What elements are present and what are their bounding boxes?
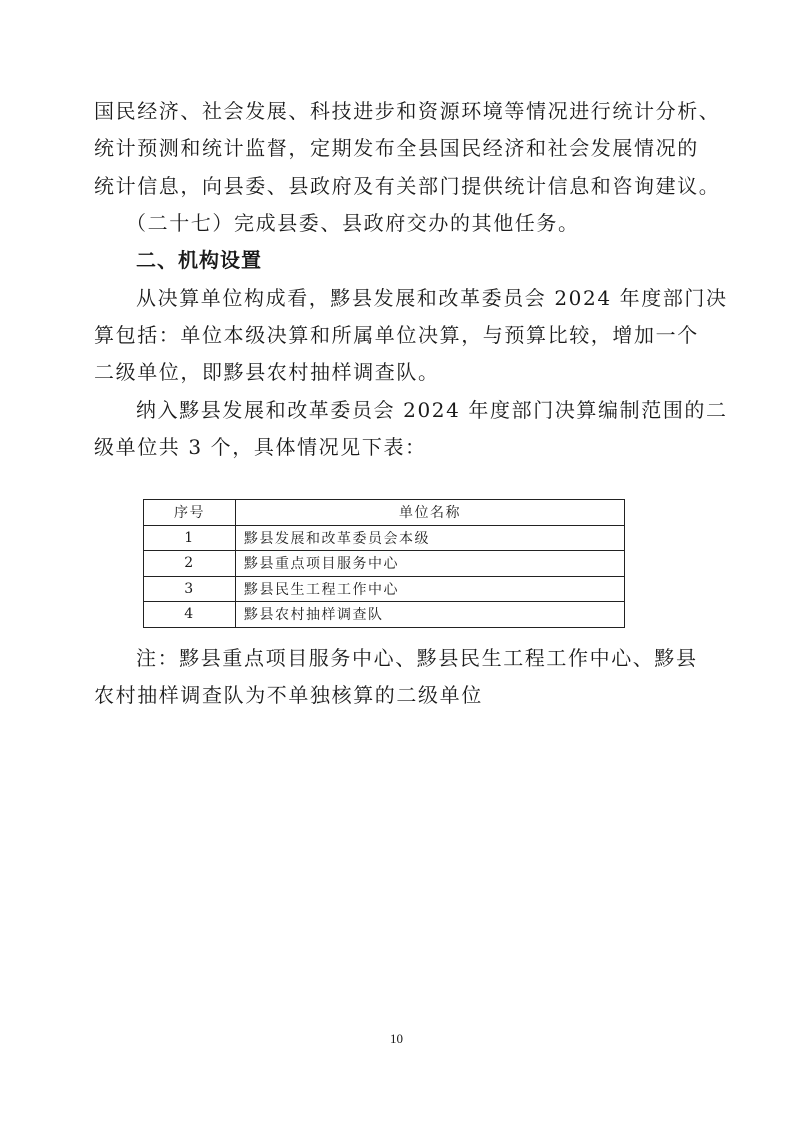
- body-text-line: 算包括：单位本级决算和所属单位决算，与预算比较，增加一个: [94, 322, 704, 348]
- cell-unit-name: 黟县重点项目服务中心: [236, 551, 625, 577]
- page-number: 10: [0, 1031, 793, 1047]
- cell-unit-name: 黟县农村抽样调查队: [236, 602, 625, 628]
- body-text-line: 统计信息，向县委、县政府及有关部门提供统计信息和咨询建议。: [94, 173, 704, 199]
- cell-unit-name: 黟县民生工程工作中心: [236, 576, 625, 602]
- cell-serial-no: 3: [144, 576, 236, 602]
- body-text-line: 纳入黟县发展和改革委员会 2024 年度部门决算编制范围的二: [136, 397, 746, 423]
- body-text-line: 统计预测和统计监督，定期发布全县国民经济和社会发展情况的: [94, 135, 704, 161]
- cell-unit-name: 黟县发展和改革委员会本级: [236, 525, 625, 551]
- document-page: 国民经济、社会发展、科技进步和资源环境等情况进行统计分析、 统计预测和统计监督，…: [0, 0, 793, 1122]
- cell-serial-no: 1: [144, 525, 236, 551]
- cell-serial-no: 2: [144, 551, 236, 577]
- table-header-row: 序号 单位名称: [144, 500, 625, 526]
- cell-serial-no: 4: [144, 602, 236, 628]
- table-row: 1 黟县发展和改革委员会本级: [144, 525, 625, 551]
- body-text-line: 级单位共 3 个，具体情况见下表：: [94, 434, 704, 460]
- table-row: 3 黟县民生工程工作中心: [144, 576, 625, 602]
- body-text-line: 从决算单位构成看，黟县发展和改革委员会 2024 年度部门决: [136, 285, 746, 311]
- table-row: 4 黟县农村抽样调查队: [144, 602, 625, 628]
- body-text-line: 国民经济、社会发展、科技进步和资源环境等情况进行统计分析、: [94, 98, 704, 124]
- list-item-27: （二十七）完成县委、县政府交办的其他任务。: [126, 210, 736, 236]
- header-unit-name: 单位名称: [236, 500, 625, 526]
- section-heading: 二、机构设置: [136, 247, 746, 273]
- body-text-line: 二级单位，即黟县农村抽样调查队。: [94, 359, 704, 385]
- note-line: 注：黟县重点项目服务中心、黟县民生工程工作中心、黟县: [136, 645, 746, 671]
- note-line: 农村抽样调查队为不单独核算的二级单位: [94, 682, 704, 708]
- units-table: 序号 单位名称 1 黟县发展和改革委员会本级 2 黟县重点项目服务中心 3 黟县…: [143, 499, 625, 628]
- header-serial-no: 序号: [144, 500, 236, 526]
- table-row: 2 黟县重点项目服务中心: [144, 551, 625, 577]
